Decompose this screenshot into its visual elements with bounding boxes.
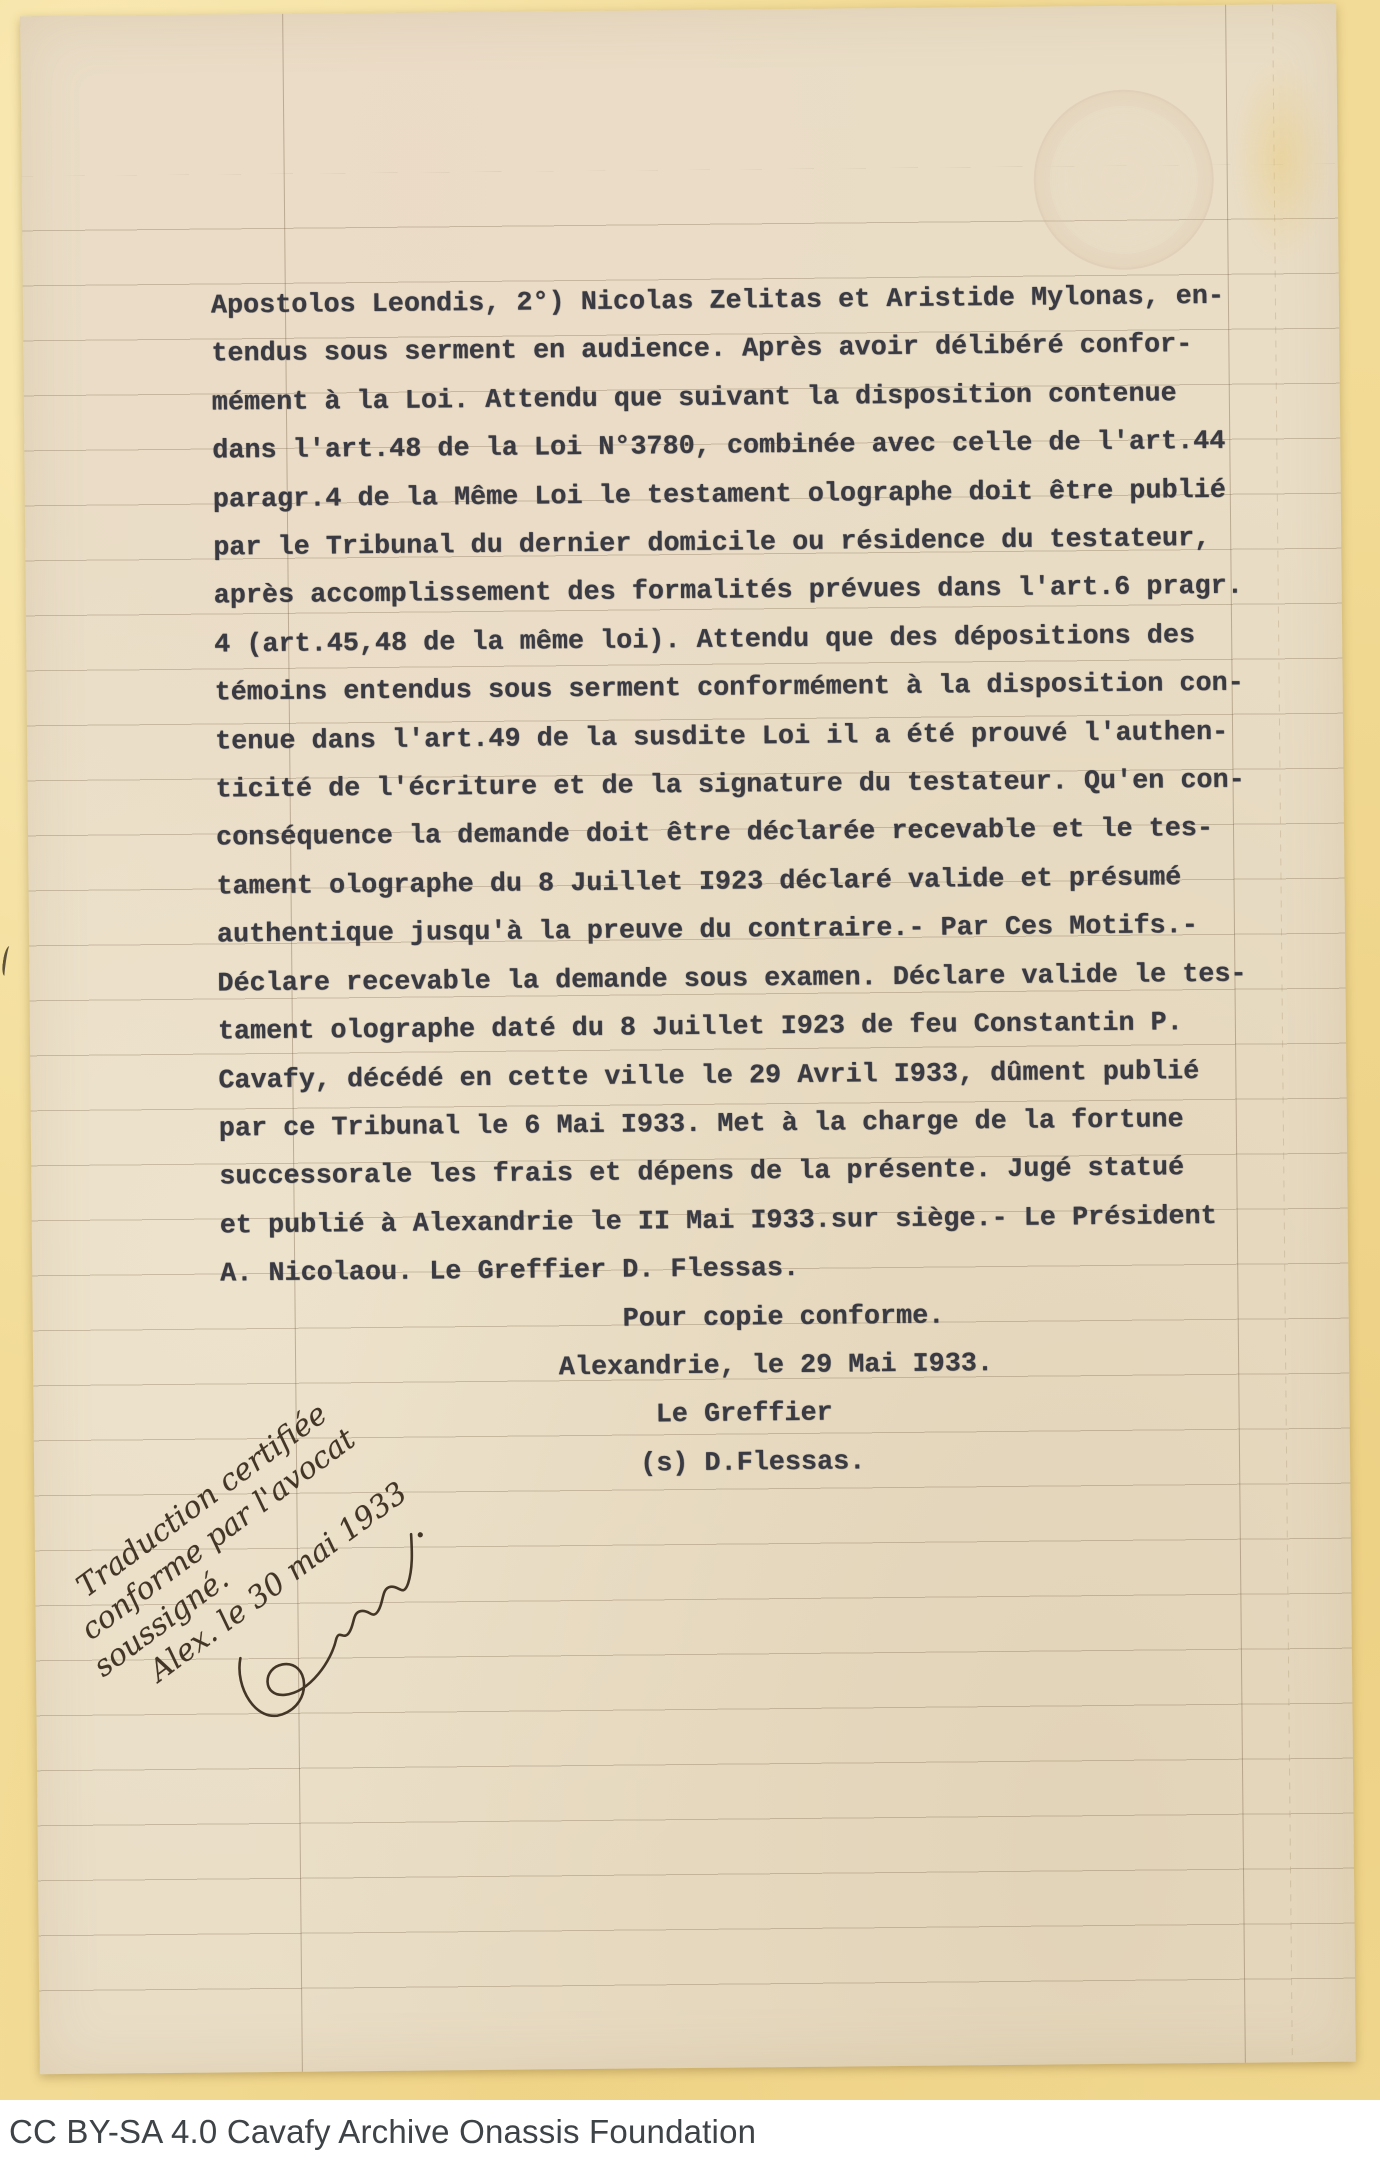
scan-background: Apostolos Leondis, 2°) Nicolas Zelitas e… (0, 0, 1380, 2164)
license-caption: CC BY-SA 4.0 Cavafy Archive Onassis Foun… (0, 2100, 1380, 2164)
paper-stain (1231, 54, 1333, 265)
license-caption-text: CC BY-SA 4.0 Cavafy Archive Onassis Foun… (9, 2113, 756, 2151)
embossed-seal (1033, 89, 1215, 271)
stray-ink-mark (1, 946, 13, 977)
document-page: Apostolos Leondis, 2°) Nicolas Zelitas e… (20, 4, 1356, 2075)
typed-body-text: Apostolos Leondis, 2°) Nicolas Zelitas e… (211, 272, 1298, 1492)
